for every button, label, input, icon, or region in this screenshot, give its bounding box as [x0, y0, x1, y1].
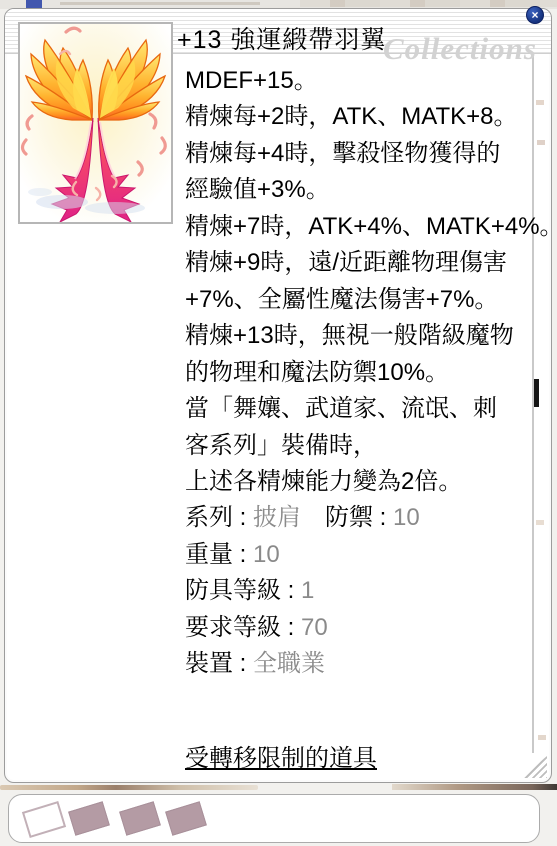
card-slot-filled	[165, 801, 207, 835]
stat-text: MDEF+15。	[185, 67, 318, 94]
card-slot-filled	[119, 801, 161, 835]
stat-text: 防禦 :	[301, 504, 393, 531]
description-line: 系列 : 披肩 防禦 : 10	[185, 500, 552, 536]
item-tooltip-window: Collections +13 強運緞帶羽翼	[4, 8, 552, 783]
background-fleck	[538, 735, 546, 740]
stat-value: 1	[301, 577, 314, 604]
stat-text: 系列 :	[185, 504, 253, 531]
description-line: 重量 : 10	[185, 537, 552, 573]
stat-value: 10	[253, 541, 280, 568]
stat-text: 精煉每+4時，擊殺怪物獲得的	[185, 140, 500, 167]
stat-text: 上述各精煉能力變為2倍。	[185, 468, 462, 495]
description-line: 防具等級 : 1	[185, 573, 552, 609]
collections-watermark: Collections	[383, 31, 537, 67]
background-blue-fragment	[26, 0, 42, 8]
card-slot-bar	[8, 794, 540, 843]
close-button[interactable]: ×	[526, 6, 544, 24]
card-slot-empty	[22, 801, 66, 838]
description-line: 上述各精煉能力變為2倍。	[185, 464, 552, 500]
description-line: 經驗值+3%。	[185, 172, 552, 208]
stat-text: 精煉+9時，遠/近距離物理傷害	[185, 249, 507, 276]
stat-text: 經驗值+3%。	[185, 176, 330, 203]
stat-value: 全職業	[253, 650, 325, 677]
stat-value: 70	[301, 614, 328, 641]
item-image-wings	[20, 24, 171, 222]
stat-value: 10	[393, 504, 420, 531]
stat-text: 防具等級 :	[185, 577, 301, 604]
background-streak	[0, 785, 258, 790]
stat-text: 精煉每+2時，ATK、MATK+8。	[185, 103, 518, 130]
stat-value: 披肩	[253, 504, 301, 531]
description-line: 客系列」裝備時，	[185, 428, 552, 464]
close-icon: ×	[531, 8, 538, 22]
stat-text: 重量 :	[185, 541, 253, 568]
stat-text: 客系列」裝備時，	[185, 432, 377, 459]
background-streak	[300, 0, 557, 7]
description-line: 精煉+13時，無視一般階級魔物	[185, 318, 552, 354]
description-line: 的物理和魔法防禦10%。	[185, 355, 552, 391]
description-line: 精煉+9時，遠/近距離物理傷害	[185, 245, 552, 281]
description-lines: MDEF+15。精煉每+2時，ATK、MATK+8。精煉每+4時，擊殺怪物獲得的…	[185, 63, 552, 683]
stat-text: 的物理和魔法防禦10%。	[185, 359, 449, 386]
item-title: +13 強運緞帶羽翼	[177, 20, 386, 56]
background-streak	[392, 784, 557, 790]
stat-text: 要求等級 :	[185, 614, 301, 641]
stat-text: 精煉+13時，無視一般階級魔物	[185, 322, 514, 349]
description-line: +7%、全屬性魔法傷害+7%。	[185, 282, 552, 318]
description-line: 精煉每+4時，擊殺怪物獲得的	[185, 136, 552, 172]
stat-text: 裝置 :	[185, 650, 253, 677]
resize-grip[interactable]	[521, 756, 547, 778]
background-streak	[60, 2, 260, 5]
card-slot-filled	[68, 801, 110, 835]
description-line: 精煉+7時，ATK+4%、MATK+4%。	[185, 209, 552, 245]
item-image-box	[18, 22, 173, 224]
description-line: 裝置 : 全職業	[185, 646, 552, 682]
description-line: 要求等級 : 70	[185, 610, 552, 646]
description-line: 精煉每+2時，ATK、MATK+8。	[185, 99, 552, 135]
stat-text: 當「舞孃、武道家、流氓、刺	[185, 395, 497, 422]
stat-text: +7%、全屬性魔法傷害+7%。	[185, 286, 498, 313]
description-line: 當「舞孃、武道家、流氓、刺	[185, 391, 552, 427]
description-line: MDEF+15。	[185, 63, 552, 99]
restriction-note: 受轉移限制的道具	[185, 738, 377, 773]
screenshot-stage: Collections +13 強運緞帶羽翼	[0, 0, 557, 846]
stat-text: 精煉+7時，ATK+4%、MATK+4%。	[185, 213, 552, 240]
